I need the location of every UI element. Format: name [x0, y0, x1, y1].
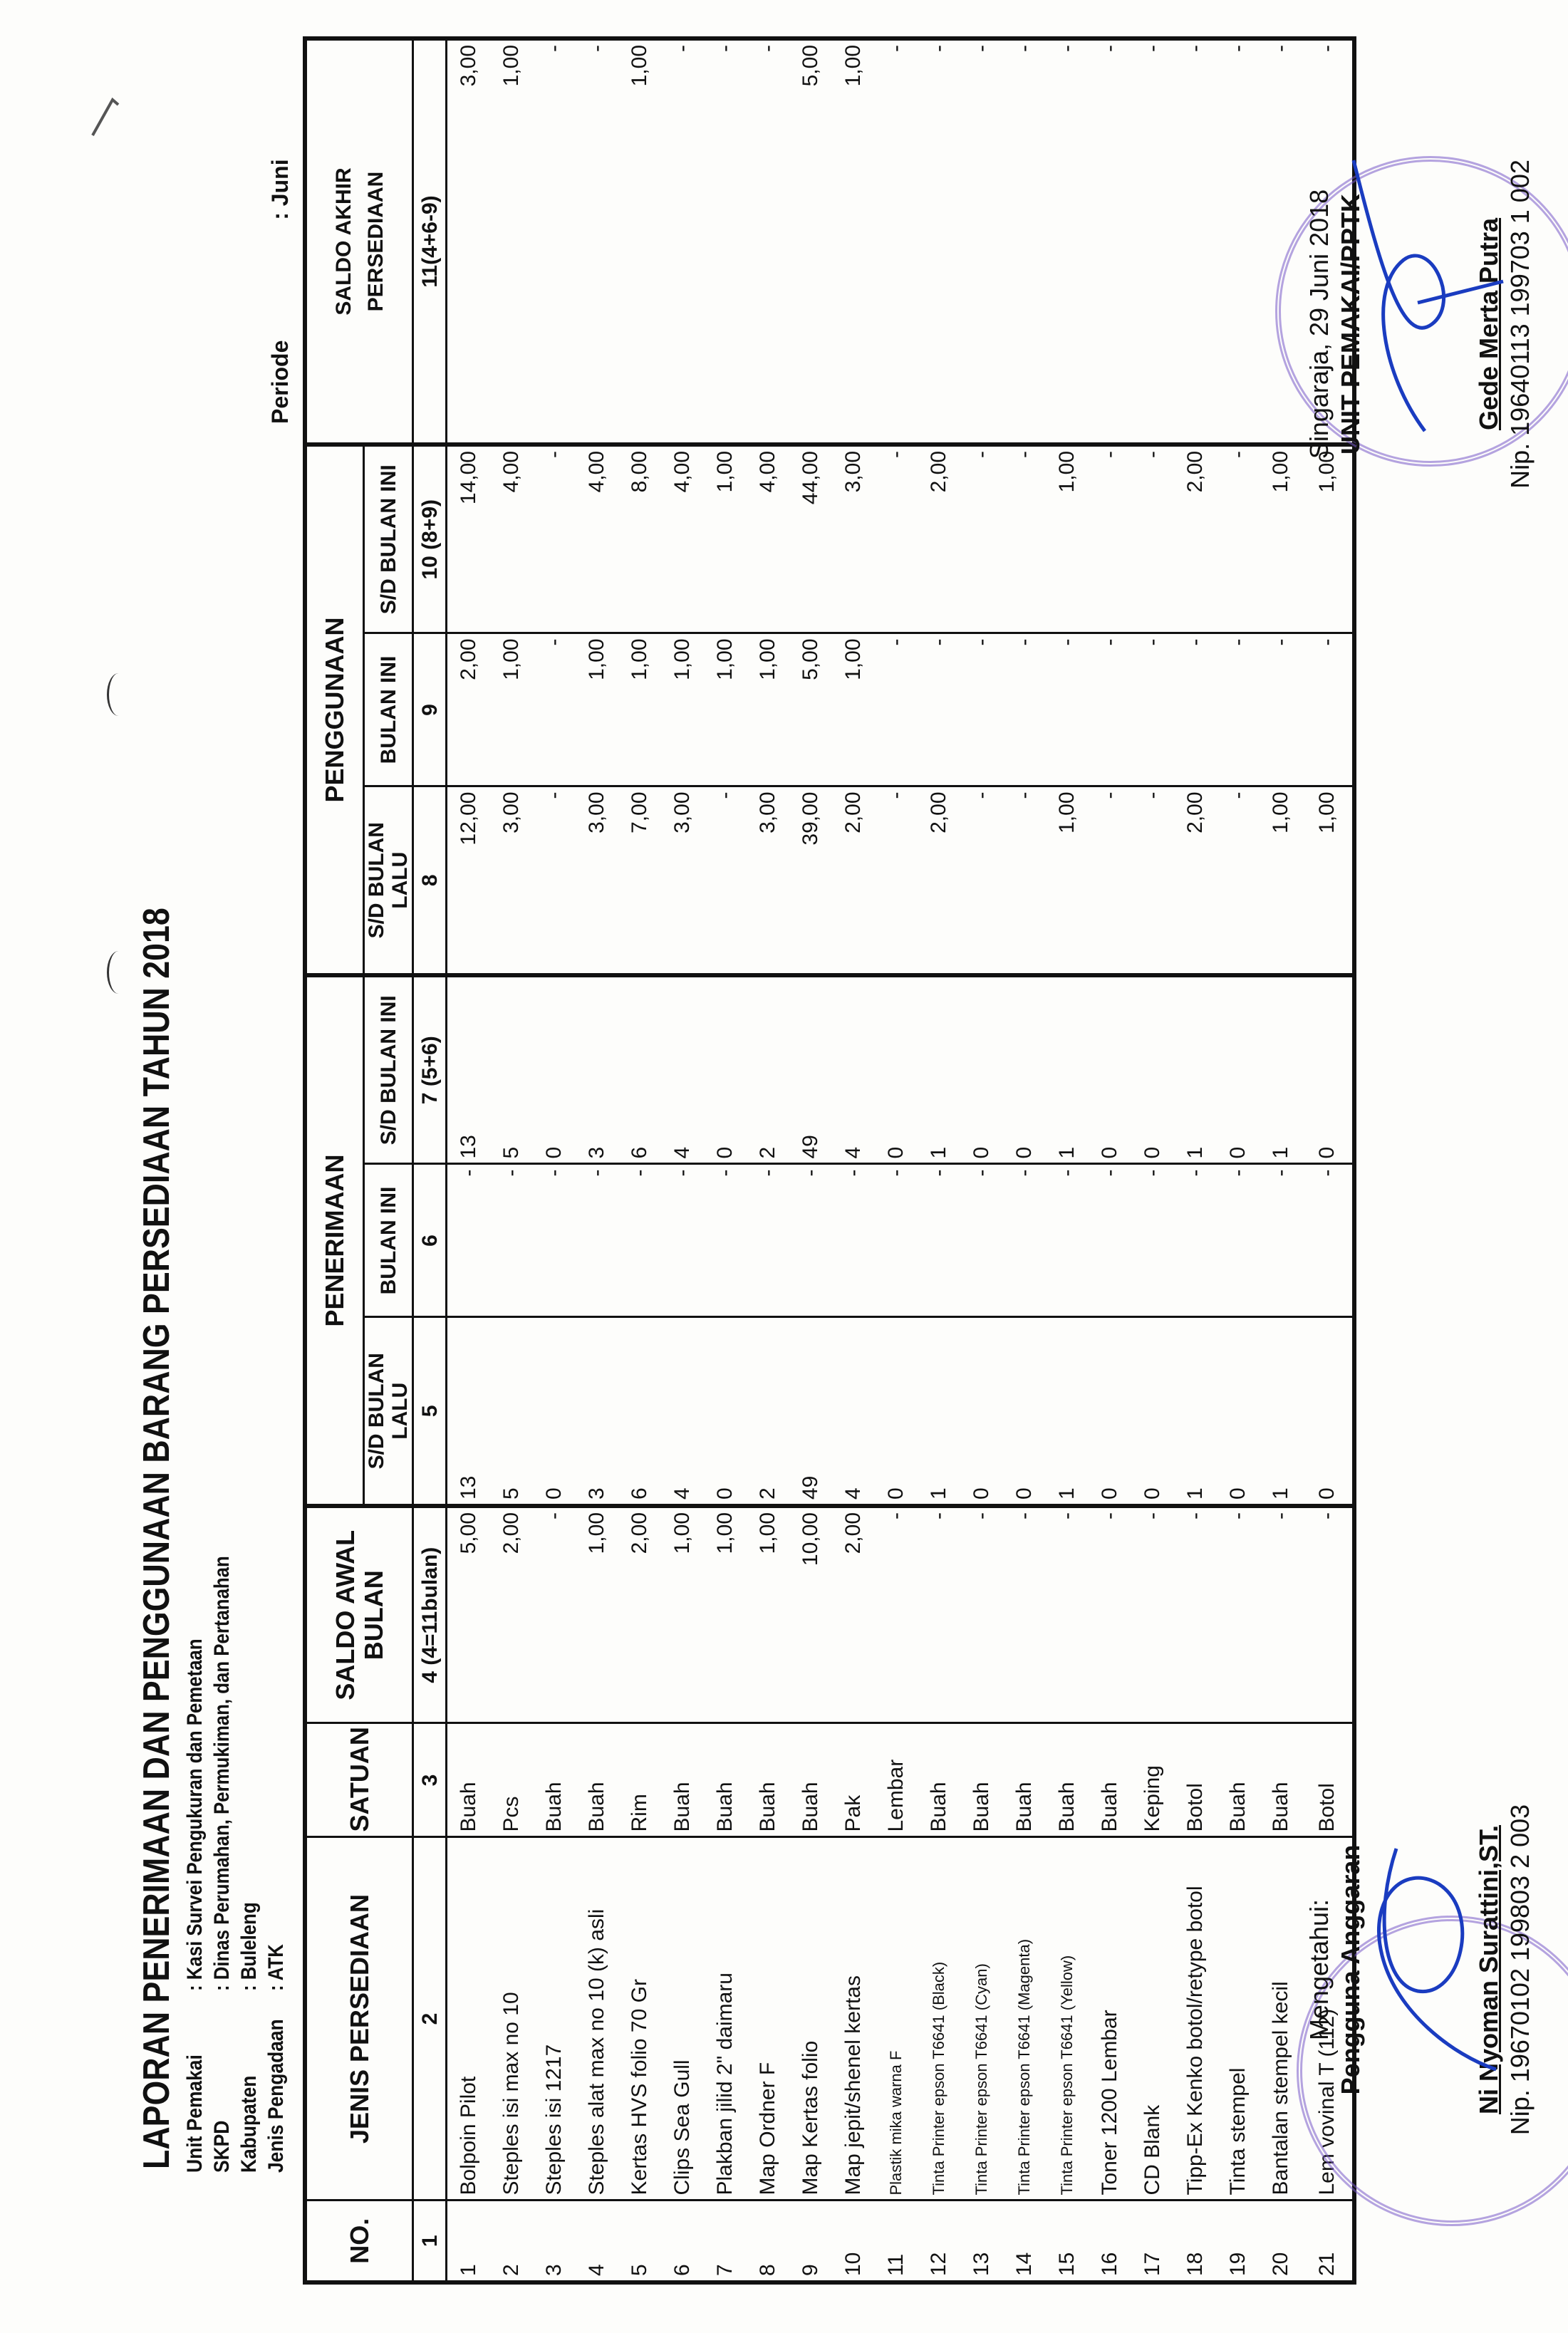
item-name: Kertas HVS folio 70 Gr — [618, 1837, 661, 2200]
saldo-awal-cell: 1,00 — [576, 1506, 618, 1723]
penerimaan-sd-bulan-lalu-cell: 13 — [447, 1317, 491, 1506]
meta-label: Unit Pemakai — [183, 2013, 207, 2173]
column-number: 6 — [413, 1164, 447, 1317]
penerimaan-bulan-ini-cell: - — [1089, 1164, 1131, 1317]
penerimaan-bulan-ini-cell: - — [960, 1164, 1003, 1317]
penerimaan-sd-bulan-lalu-cell: 0 — [1003, 1317, 1046, 1506]
header-pgn-sd-bulan-lalu: S/D BULAN LALU — [364, 786, 413, 975]
penerimaan-bulan-ini-cell: - — [447, 1164, 491, 1317]
penggunaan-sd-bulan-lalu-cell: - — [704, 786, 747, 975]
penggunaan-sd-bulan-ini-cell: 2,00 — [1174, 445, 1217, 633]
item-name: Steples alat max no 10 (k) asli — [576, 1837, 618, 2200]
penerimaan-sd-bulan-ini-cell: 0 — [960, 975, 1003, 1164]
item-name: Tinta Printer epson T6641 (Yellow) — [1046, 1837, 1089, 2200]
penerimaan-bulan-ini-cell: - — [490, 1164, 533, 1317]
penerimaan-sd-bulan-ini-cell: 1 — [1260, 975, 1302, 1164]
signature-scribble-right — [1339, 146, 1510, 445]
penggunaan-bulan-ini-cell: - — [918, 633, 960, 786]
item-name: Bantalan stempel kecil — [1260, 1837, 1302, 2200]
penggunaan-bulan-ini-cell: - — [533, 633, 576, 786]
penggunaan-sd-bulan-ini-cell: 1,00 — [1046, 445, 1089, 633]
penerimaan-sd-bulan-ini-cell: 0 — [875, 975, 918, 1164]
saldo-awal-cell: - — [1174, 1506, 1217, 1723]
penggunaan-bulan-ini-cell: - — [1302, 633, 1354, 786]
item-unit: Lembar — [875, 1723, 918, 1837]
penerimaan-sd-bulan-ini-cell: 4 — [661, 975, 704, 1164]
penerimaan-sd-bulan-lalu-cell: 49 — [789, 1317, 832, 1506]
table-row: 1Bolpoin PilotBuah5,0013-1312,002,0014,0… — [447, 38, 491, 2282]
row-number: 10 — [832, 2200, 875, 2282]
table-row: 14Tinta Printer epson T6641 (Magenta)Bua… — [1003, 38, 1046, 2282]
item-unit: Buah — [576, 1723, 618, 1837]
penerimaan-sd-bulan-ini-cell: 0 — [533, 975, 576, 1164]
table-row: 2Steples isi max no 10Pcs2,005-53,001,00… — [490, 38, 533, 2282]
saldo-akhir-cell: - — [875, 38, 918, 445]
saldo-akhir-cell: 1,00 — [832, 38, 875, 445]
penerimaan-bulan-ini-cell: - — [576, 1164, 618, 1317]
penerimaan-sd-bulan-ini-cell: 1 — [918, 975, 960, 1164]
row-number: 14 — [1003, 2200, 1046, 2282]
row-number: 1 — [447, 2200, 491, 2282]
saldo-akhir-cell: - — [918, 38, 960, 445]
row-number: 16 — [1089, 2200, 1131, 2282]
penerimaan-sd-bulan-ini-cell: 0 — [704, 975, 747, 1164]
penggunaan-sd-bulan-lalu-cell: 7,00 — [618, 786, 661, 975]
row-number: 6 — [661, 2200, 704, 2282]
penggunaan-sd-bulan-ini-cell: - — [1089, 445, 1131, 633]
penerimaan-bulan-ini-cell: - — [875, 1164, 918, 1317]
saldo-awal-cell: 2,00 — [618, 1506, 661, 1723]
item-name: Tinta Printer epson T6641 (Magenta) — [1003, 1837, 1046, 2200]
table-row: 8Map Ordner FBuah1,002-23,001,004,00- — [747, 38, 789, 2282]
penggunaan-sd-bulan-ini-cell: 1,00 — [1260, 445, 1302, 633]
penggunaan-sd-bulan-lalu-cell: - — [533, 786, 576, 975]
saldo-akhir-cell: - — [704, 38, 747, 445]
penggunaan-sd-bulan-lalu-cell: 2,00 — [918, 786, 960, 975]
penggunaan-sd-bulan-ini-cell: 44,00 — [789, 445, 832, 633]
saldo-awal-cell: 1,00 — [747, 1506, 789, 1723]
item-name: Steples isi max no 10 — [490, 1837, 533, 2200]
row-number: 15 — [1046, 2200, 1089, 2282]
header-satuan: SATUAN — [305, 1723, 413, 1837]
item-name: Clips Sea Gull — [661, 1837, 704, 2200]
header-penerimaan: PENERIMAAN — [305, 975, 364, 1506]
penerimaan-sd-bulan-ini-cell: 4 — [832, 975, 875, 1164]
report-sheet: LAPORAN PENERIMAAN DAN PENGGUNAAN BARANG… — [0, 0, 1568, 2333]
penerimaan-bulan-ini-cell: - — [1174, 1164, 1217, 1317]
penggunaan-sd-bulan-lalu-cell: 3,00 — [747, 786, 789, 975]
table-row: 17CD BlankKeping-0-0---- — [1131, 38, 1174, 2282]
column-number: 3 — [413, 1723, 447, 1837]
meta-skpd: SKPD : Dinas Perumahan, Permukiman, dan … — [209, 1485, 236, 2173]
item-name: Map jepit/shenel kertas — [832, 1837, 875, 2200]
penggunaan-bulan-ini-cell: - — [1131, 633, 1174, 786]
penggunaan-sd-bulan-lalu-cell: - — [1003, 786, 1046, 975]
penerimaan-sd-bulan-lalu-cell: 0 — [1217, 1317, 1260, 1506]
saldo-awal-cell: 5,00 — [447, 1506, 491, 1723]
saldo-akhir-cell: - — [1046, 38, 1089, 445]
penggunaan-sd-bulan-ini-cell: 14,00 — [447, 445, 491, 633]
table-row: 6Clips Sea GullBuah1,004-43,001,004,00- — [661, 38, 704, 2282]
sig-left-line1: Mengetahui: — [1304, 1784, 1335, 2155]
saldo-akhir-cell: - — [1174, 38, 1217, 445]
penggunaan-sd-bulan-lalu-cell: - — [1217, 786, 1260, 975]
penggunaan-sd-bulan-lalu-cell: 3,00 — [576, 786, 618, 975]
header-pen-sd-bulan-lalu: S/D BULAN LALU — [364, 1317, 413, 1506]
item-unit: Buah — [704, 1723, 747, 1837]
penggunaan-sd-bulan-lalu-cell: 3,00 — [661, 786, 704, 975]
saldo-awal-cell: - — [1046, 1506, 1089, 1723]
item-unit: Buah — [1260, 1723, 1302, 1837]
penggunaan-bulan-ini-cell: - — [1046, 633, 1089, 786]
meta-unit-pemakai: Unit Pemakai : Kasi Survei Pengukuran da… — [182, 1485, 209, 2173]
row-number: 2 — [490, 2200, 533, 2282]
meta-label: Kabupaten — [237, 2013, 261, 2173]
item-unit: Buah — [1217, 1723, 1260, 1837]
column-number: 7 (5+6) — [413, 975, 447, 1164]
table-row: 4Steples alat max no 10 (k) asliBuah1,00… — [576, 38, 618, 2282]
penggunaan-sd-bulan-lalu-cell: - — [960, 786, 1003, 975]
row-number: 4 — [576, 2200, 618, 2282]
penggunaan-sd-bulan-ini-cell: - — [1217, 445, 1260, 633]
saldo-akhir-cell: - — [576, 38, 618, 445]
item-unit: Pcs — [490, 1723, 533, 1837]
saldo-awal-cell: - — [918, 1506, 960, 1723]
saldo-awal-cell: 1,00 — [704, 1506, 747, 1723]
column-number-row: 1234 (4=11bulan)567 (5+6)8910 (8+9)11(4+… — [413, 38, 447, 2282]
saldo-awal-cell: - — [1089, 1506, 1131, 1723]
penggunaan-bulan-ini-cell: 1,00 — [618, 633, 661, 786]
penggunaan-sd-bulan-lalu-cell: - — [1131, 786, 1174, 975]
penerimaan-sd-bulan-ini-cell: 0 — [1131, 975, 1174, 1164]
saldo-awal-cell: 1,00 — [661, 1506, 704, 1723]
penerimaan-bulan-ini-cell: - — [1046, 1164, 1089, 1317]
row-number: 17 — [1131, 2200, 1174, 2282]
header-no: NO. — [305, 2200, 413, 2282]
saldo-akhir-cell: - — [661, 38, 704, 445]
column-number: 1 — [413, 2200, 447, 2282]
row-number: 18 — [1174, 2200, 1217, 2282]
column-number: 2 — [413, 1837, 447, 2200]
saldo-akhir-cell: 1,00 — [490, 38, 533, 445]
penerimaan-sd-bulan-lalu-cell: 2 — [747, 1317, 789, 1506]
column-number: 4 (4=11bulan) — [413, 1506, 447, 1723]
penggunaan-bulan-ini-cell: 5,00 — [789, 633, 832, 786]
penerimaan-sd-bulan-lalu-cell: 0 — [533, 1317, 576, 1506]
punch-hole — [107, 951, 130, 994]
item-unit: Buah — [789, 1723, 832, 1837]
penerimaan-bulan-ini-cell: - — [1260, 1164, 1302, 1317]
meta-value: : ATK — [264, 1944, 289, 1991]
penerimaan-bulan-ini-cell: - — [832, 1164, 875, 1317]
saldo-awal-cell: - — [960, 1506, 1003, 1723]
item-name: Tinta Printer epson T6641 (Black) — [918, 1837, 960, 2200]
penggunaan-bulan-ini-cell: 1,00 — [576, 633, 618, 786]
penggunaan-sd-bulan-lalu-cell: 39,00 — [789, 786, 832, 975]
penggunaan-sd-bulan-lalu-cell: 2,00 — [832, 786, 875, 975]
penggunaan-sd-bulan-lalu-cell: - — [875, 786, 918, 975]
header-pgn-sd-bulan-ini: S/D BULAN INI — [364, 445, 413, 633]
item-name: CD Blank — [1131, 1837, 1174, 2200]
periode-label: Periode — [267, 341, 294, 424]
saldo-akhir-cell: - — [1131, 38, 1174, 445]
table-row: 11Plastik mika warna FLembar-0-0---- — [875, 38, 918, 2282]
meta-value: : Dinas Perumahan, Permukiman, dan Perta… — [210, 1556, 234, 1991]
penerimaan-sd-bulan-ini-cell: 5 — [490, 975, 533, 1164]
column-number: 8 — [413, 786, 447, 975]
report-meta: Unit Pemakai : Kasi Survei Pengukuran da… — [182, 1485, 290, 2173]
saldo-awal-cell: - — [1302, 1506, 1354, 1723]
row-number: 8 — [747, 2200, 789, 2282]
item-unit: Buah — [918, 1723, 960, 1837]
penggunaan-sd-bulan-lalu-cell: 2,00 — [1174, 786, 1217, 975]
item-unit: Pak — [832, 1723, 875, 1837]
penggunaan-bulan-ini-cell: 1,00 — [661, 633, 704, 786]
penggunaan-bulan-ini-cell: - — [1174, 633, 1217, 786]
item-name: Plakban jilid 2" daimaru — [704, 1837, 747, 2200]
item-unit: Buah — [661, 1723, 704, 1837]
penerimaan-bulan-ini-cell: - — [1003, 1164, 1046, 1317]
item-name: Tinta stempel — [1217, 1837, 1260, 2200]
penggunaan-sd-bulan-lalu-cell: 1,00 — [1302, 786, 1354, 975]
saldo-awal-cell: - — [1003, 1506, 1046, 1723]
penerimaan-sd-bulan-lalu-cell: 0 — [875, 1317, 918, 1506]
penerimaan-sd-bulan-lalu-cell: 1 — [1046, 1317, 1089, 1506]
table-row: 7Plakban jilid 2" daimaruBuah1,000-0-1,0… — [704, 38, 747, 2282]
penerimaan-bulan-ini-cell: - — [1302, 1164, 1354, 1317]
punch-hole — [107, 673, 130, 716]
meta-kabupaten: Kabupaten : Buleleng — [236, 1485, 263, 2173]
penggunaan-sd-bulan-lalu-cell: 3,00 — [490, 786, 533, 975]
item-name: Map Ordner F — [747, 1837, 789, 2200]
saldo-awal-cell: 2,00 — [490, 1506, 533, 1723]
item-unit: Buah — [533, 1723, 576, 1837]
table-row: 5Kertas HVS folio 70 GrRim2,006-67,001,0… — [618, 38, 661, 2282]
row-number: 9 — [789, 2200, 832, 2282]
penerimaan-bulan-ini-cell: - — [618, 1164, 661, 1317]
report-title: LAPORAN PENERIMAAN DAN PENGGUNAAN BARANG… — [135, 908, 178, 2169]
penerimaan-sd-bulan-ini-cell: 0 — [1003, 975, 1046, 1164]
penggunaan-bulan-ini-cell: 1,00 — [490, 633, 533, 786]
table-row: 12Tinta Printer epson T6641 (Black)Buah-… — [918, 38, 960, 2282]
penerimaan-sd-bulan-lalu-cell: 6 — [618, 1317, 661, 1506]
item-name: Tipp-Ex Kenko botol/retype botol — [1174, 1837, 1217, 2200]
inventory-table: NO. JENIS PERSEDIAAN SATUAN SALDO AWAL B… — [303, 36, 1356, 2285]
column-number: 9 — [413, 633, 447, 786]
penggunaan-sd-bulan-ini-cell: 8,00 — [618, 445, 661, 633]
item-unit: Botol — [1174, 1723, 1217, 1837]
item-unit: Buah — [1089, 1723, 1131, 1837]
item-unit: Buah — [1003, 1723, 1046, 1837]
meta-label: SKPD — [210, 2013, 234, 2173]
column-number: 11(4+6-9) — [413, 38, 447, 445]
penerimaan-sd-bulan-ini-cell: 49 — [789, 975, 832, 1164]
penerimaan-sd-bulan-ini-cell: 0 — [1089, 975, 1131, 1164]
penggunaan-sd-bulan-lalu-cell: 1,00 — [1260, 786, 1302, 975]
penerimaan-bulan-ini-cell: - — [704, 1164, 747, 1317]
penerimaan-sd-bulan-lalu-cell: 0 — [960, 1317, 1003, 1506]
saldo-awal-cell: - — [1260, 1506, 1302, 1723]
table-row: 3Steples isi 1217Buah-0-0---- — [533, 38, 576, 2282]
row-number: 5 — [618, 2200, 661, 2282]
saldo-awal-cell: 10,00 — [789, 1506, 832, 1723]
column-number: 5 — [413, 1317, 447, 1506]
penerimaan-sd-bulan-ini-cell: 3 — [576, 975, 618, 1164]
penerimaan-sd-bulan-lalu-cell: 0 — [704, 1317, 747, 1506]
header-pen-sd-bulan-ini: S/D BULAN INI — [364, 975, 413, 1164]
meta-value: : Buleleng — [237, 1902, 261, 1991]
penggunaan-sd-bulan-ini-cell: - — [1003, 445, 1046, 633]
item-name: Tinta Printer epson T6641 (Cyan) — [960, 1837, 1003, 2200]
penerimaan-sd-bulan-lalu-cell: 1 — [1174, 1317, 1217, 1506]
column-number: 10 (8+9) — [413, 445, 447, 633]
penggunaan-sd-bulan-ini-cell: 4,00 — [490, 445, 533, 633]
header-penggunaan: PENGGUNAAN — [305, 445, 364, 975]
penggunaan-sd-bulan-ini-cell: 3,00 — [832, 445, 875, 633]
periode: Periode : Juni — [267, 159, 294, 424]
saldo-akhir-cell: - — [1003, 38, 1046, 445]
penggunaan-bulan-ini-cell: 1,00 — [704, 633, 747, 786]
penerimaan-sd-bulan-ini-cell: 1 — [1174, 975, 1217, 1164]
penerimaan-sd-bulan-lalu-cell: 0 — [1131, 1317, 1174, 1506]
penggunaan-bulan-ini-cell: - — [1089, 633, 1131, 786]
table-row: 13Tinta Printer epson T6641 (Cyan)Buah-0… — [960, 38, 1003, 2282]
item-name: Map Kertas folio — [789, 1837, 832, 2200]
row-number: 13 — [960, 2200, 1003, 2282]
penggunaan-sd-bulan-ini-cell: - — [533, 445, 576, 633]
row-number: 20 — [1260, 2200, 1302, 2282]
penggunaan-sd-bulan-ini-cell: - — [960, 445, 1003, 633]
penerimaan-sd-bulan-lalu-cell: 1 — [918, 1317, 960, 1506]
penerimaan-sd-bulan-ini-cell: 0 — [1302, 975, 1354, 1164]
saldo-awal-cell: - — [533, 1506, 576, 1723]
saldo-akhir-cell: - — [1217, 38, 1260, 445]
meta-label: Jenis Pengadaan — [264, 2013, 289, 2173]
penggunaan-sd-bulan-ini-cell: - — [1131, 445, 1174, 633]
meta-value: : Kasi Survei Pengukuran dan Pemetaan — [183, 1638, 207, 1991]
penerimaan-sd-bulan-lalu-cell: 4 — [661, 1317, 704, 1506]
table-row: 9Map Kertas folioBuah10,0049-4939,005,00… — [789, 38, 832, 2282]
penggunaan-bulan-ini-cell: 1,00 — [832, 633, 875, 786]
saldo-akhir-cell: - — [960, 38, 1003, 445]
saldo-akhir-cell: 5,00 — [789, 38, 832, 445]
row-number: 3 — [533, 2200, 576, 2282]
item-unit: Keping — [1131, 1723, 1174, 1837]
row-number: 12 — [918, 2200, 960, 2282]
header-jenis: JENIS PERSEDIAAN — [305, 1837, 413, 2200]
saldo-akhir-cell: 1,00 — [618, 38, 661, 445]
periode-value: : Juni — [267, 159, 294, 219]
item-unit: Buah — [960, 1723, 1003, 1837]
header-saldo-akhir: SALDO AKHIR PERSEDIAAN — [305, 38, 413, 445]
penggunaan-sd-bulan-ini-cell: 1,00 — [704, 445, 747, 633]
header-saldo-akhir-line1: SALDO AKHIR — [328, 45, 360, 438]
penggunaan-bulan-ini-cell: 1,00 — [747, 633, 789, 786]
penerimaan-sd-bulan-lalu-cell: 0 — [1302, 1317, 1354, 1506]
saldo-akhir-cell: 3,00 — [447, 38, 491, 445]
table-row: 16Toner 1200 LembarBuah-0-0---- — [1089, 38, 1131, 2282]
penerimaan-bulan-ini-cell: - — [661, 1164, 704, 1317]
table-row: 15Tinta Printer epson T6641 (Yellow)Buah… — [1046, 38, 1089, 2282]
table-row: 19Tinta stempelBuah-0-0---- — [1217, 38, 1260, 2282]
penggunaan-sd-bulan-ini-cell: - — [875, 445, 918, 633]
penggunaan-sd-bulan-lalu-cell: 12,00 — [447, 786, 491, 975]
penerimaan-bulan-ini-cell: - — [747, 1164, 789, 1317]
item-name: Plastik mika warna F — [875, 1837, 918, 2200]
saldo-akhir-cell: - — [747, 38, 789, 445]
penerimaan-sd-bulan-lalu-cell: 4 — [832, 1317, 875, 1506]
row-number: 19 — [1217, 2200, 1260, 2282]
penggunaan-sd-bulan-lalu-cell: - — [1089, 786, 1131, 975]
saldo-akhir-cell: - — [1089, 38, 1131, 445]
penggunaan-bulan-ini-cell: - — [1217, 633, 1260, 786]
penerimaan-sd-bulan-lalu-cell: 1 — [1260, 1317, 1302, 1506]
header-pgn-bulan-ini: BULAN INI — [364, 633, 413, 786]
table-body: 1Bolpoin PilotBuah5,0013-1312,002,0014,0… — [447, 38, 1355, 2282]
penerimaan-sd-bulan-lalu-cell: 3 — [576, 1317, 618, 1506]
penerimaan-sd-bulan-ini-cell: 13 — [447, 975, 491, 1164]
penerimaan-sd-bulan-ini-cell: 1 — [1046, 975, 1089, 1164]
penggunaan-sd-bulan-ini-cell: 2,00 — [918, 445, 960, 633]
saldo-awal-cell: - — [1131, 1506, 1174, 1723]
row-number: 11 — [875, 2200, 918, 2282]
saldo-awal-cell: - — [875, 1506, 918, 1723]
meta-jenis-pengadaan: Jenis Pengadaan : ATK — [263, 1485, 290, 2173]
row-number: 21 — [1302, 2200, 1354, 2282]
header-saldo-akhir-line2: PERSEDIAAN — [360, 45, 392, 438]
header-pen-bulan-ini: BULAN INI — [364, 1164, 413, 1317]
sig-right-place-date: Singaraja, 29 Juni 2018 — [1304, 110, 1335, 538]
item-unit: Buah — [1046, 1723, 1089, 1837]
item-unit: Buah — [447, 1723, 491, 1837]
penggunaan-bulan-ini-cell: - — [960, 633, 1003, 786]
row-number: 7 — [704, 2200, 747, 2282]
table-row: 18Tipp-Ex Kenko botol/retype botolBotol-… — [1174, 38, 1217, 2282]
item-name: Steples isi 1217 — [533, 1837, 576, 2200]
signature-scribble-left — [1354, 1827, 1517, 2098]
table-row: 10Map jepit/shenel kertasPak2,004-42,001… — [832, 38, 875, 2282]
penggunaan-bulan-ini-cell: 2,00 — [447, 633, 491, 786]
penggunaan-sd-bulan-ini-cell: 4,00 — [747, 445, 789, 633]
item-name: Toner 1200 Lembar — [1089, 1837, 1131, 2200]
pen-mark-icon — [85, 82, 121, 139]
saldo-awal-cell: - — [1217, 1506, 1260, 1723]
penerimaan-sd-bulan-lalu-cell: 0 — [1089, 1317, 1131, 1506]
penerimaan-sd-bulan-ini-cell: 2 — [747, 975, 789, 1164]
penggunaan-bulan-ini-cell: - — [1260, 633, 1302, 786]
penerimaan-bulan-ini-cell: - — [789, 1164, 832, 1317]
saldo-awal-cell: 2,00 — [832, 1506, 875, 1723]
saldo-akhir-cell: - — [533, 38, 576, 445]
item-unit: Rim — [618, 1723, 661, 1837]
item-name: Bolpoin Pilot — [447, 1837, 491, 2200]
penggunaan-bulan-ini-cell: - — [875, 633, 918, 786]
penerimaan-bulan-ini-cell: - — [1131, 1164, 1174, 1317]
penggunaan-bulan-ini-cell: - — [1003, 633, 1046, 786]
penerimaan-bulan-ini-cell: - — [1217, 1164, 1260, 1317]
penerimaan-sd-bulan-lalu-cell: 5 — [490, 1317, 533, 1506]
penggunaan-sd-bulan-ini-cell: 4,00 — [576, 445, 618, 633]
penerimaan-bulan-ini-cell: - — [533, 1164, 576, 1317]
penggunaan-sd-bulan-ini-cell: 4,00 — [661, 445, 704, 633]
penerimaan-sd-bulan-ini-cell: 6 — [618, 975, 661, 1164]
item-unit: Buah — [747, 1723, 789, 1837]
penerimaan-sd-bulan-ini-cell: 0 — [1217, 975, 1260, 1164]
header-saldo-awal: SALDO AWAL BULAN — [305, 1506, 413, 1723]
penerimaan-bulan-ini-cell: - — [918, 1164, 960, 1317]
penggunaan-sd-bulan-lalu-cell: 1,00 — [1046, 786, 1089, 975]
